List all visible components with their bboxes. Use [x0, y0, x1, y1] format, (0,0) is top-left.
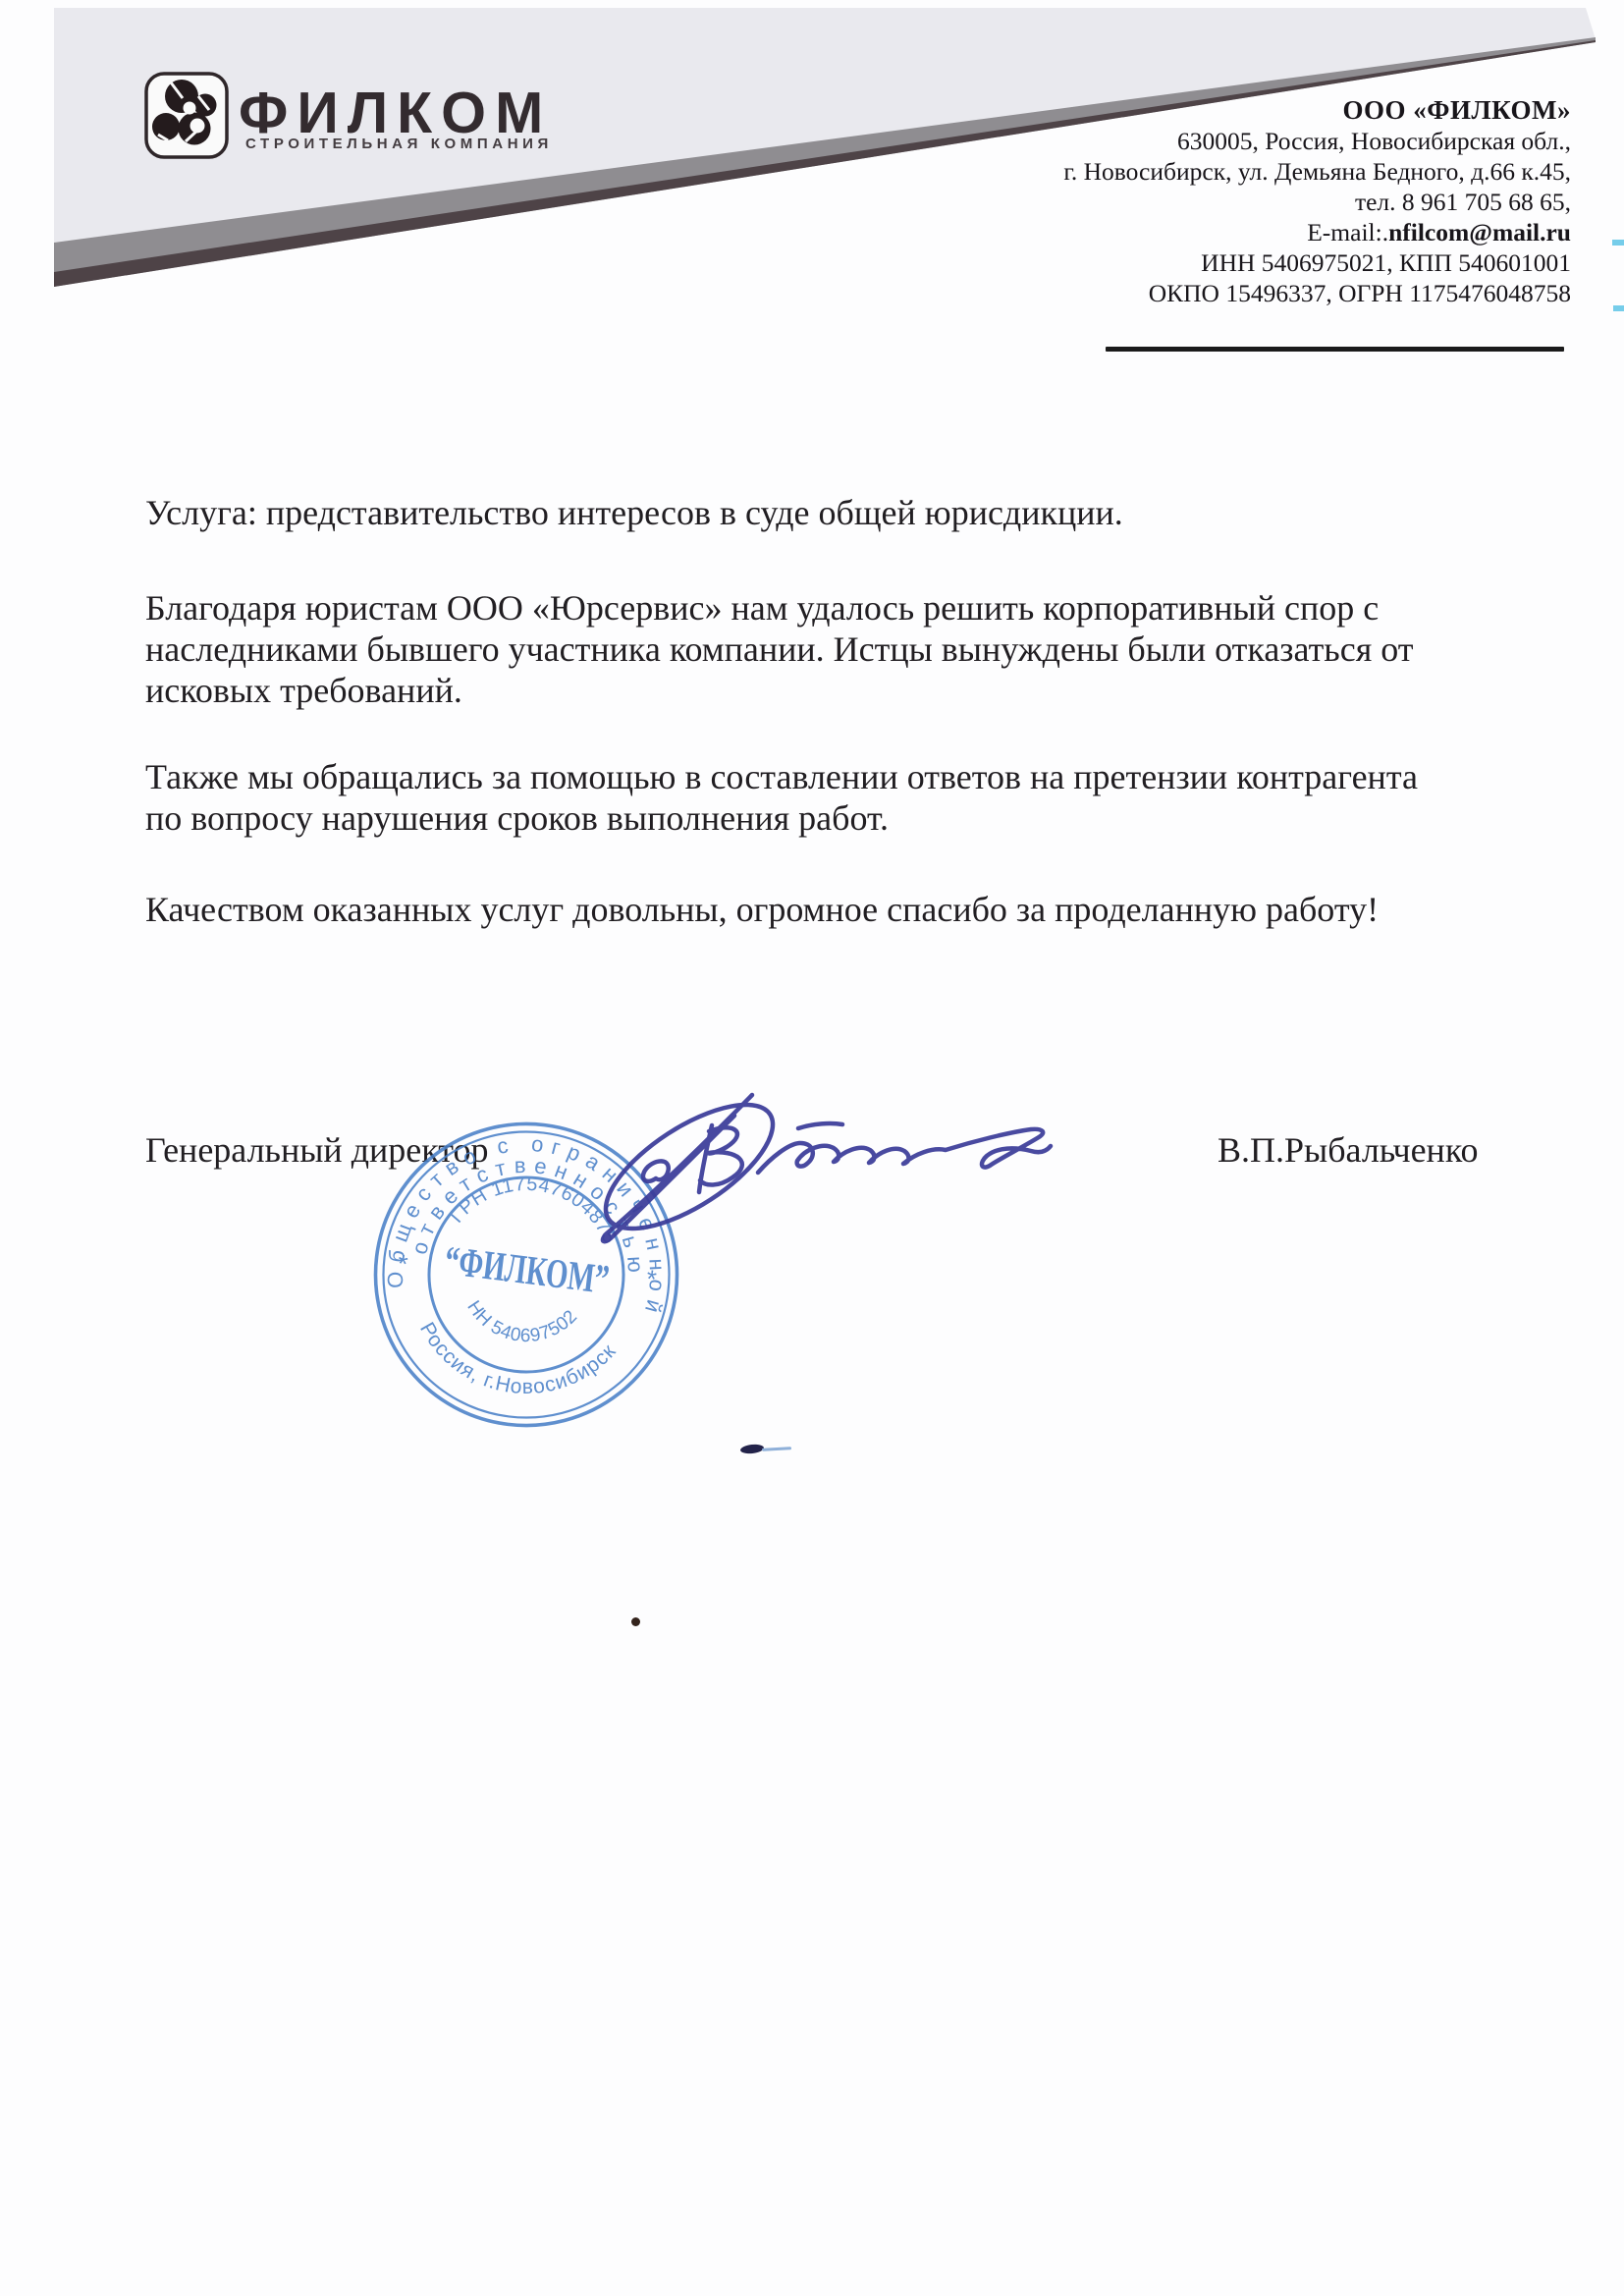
body-line: наследниками бывшего участника компании.… — [145, 629, 1414, 670]
header-divider — [1106, 347, 1564, 352]
logo-tagline: СТРОИТЕЛЬНАЯ КОМПАНИЯ — [245, 137, 553, 151]
scan-artifact-dash — [1612, 240, 1624, 246]
body-line: Услуга: представительство интересов в су… — [145, 492, 1123, 533]
filcom-logo-icon — [144, 72, 231, 162]
body-line: по вопросу нарушения сроков выполнения р… — [145, 797, 1418, 839]
email-address: nfilcom@mail.ru — [1388, 218, 1571, 246]
company-stamp: Общество с ограниченной ответственностью… — [295, 1021, 834, 1443]
letter-page: ФИЛКОМ СТРОИТЕЛЬНАЯ КОМПАНИЯ ООО «ФИЛКОМ… — [0, 0, 1624, 2296]
paragraph-service: Услуга: представительство интересов в су… — [145, 492, 1123, 533]
company-name: ООО «ФИЛКОМ» — [933, 95, 1571, 126]
logo-brand-text: ФИЛКОМ — [239, 84, 552, 142]
body-line: исковых требований. — [145, 670, 1414, 711]
body-line: Также мы обращались за помощью в составл… — [145, 756, 1418, 797]
scan-artifact-dash — [1613, 305, 1624, 311]
stamp-company-name: “ФИЛКОМ” — [442, 1238, 611, 1303]
body-line: Качеством оказанных услуг довольны, огро… — [145, 889, 1379, 930]
scan-speck — [631, 1617, 640, 1626]
paragraph-thanks: Качеством оказанных услуг довольны, огро… — [145, 889, 1379, 930]
company-address-line2: г. Новосибирск, ул. Демьяна Бедного, д.6… — [933, 156, 1571, 187]
signer-name: В.П.Рыбальченко — [1218, 1129, 1478, 1171]
email-label: E-mail:. — [1307, 218, 1388, 246]
company-contact-block: ООО «ФИЛКОМ» 630005, Россия, Новосибирск… — [933, 95, 1571, 308]
company-inn-kpp: ИНН 5406975021, КПП 540601001 — [933, 247, 1571, 278]
body-line: Благодаря юристам ООО «Юрсервис» нам уда… — [145, 587, 1414, 629]
company-phone: тел. 8 961 705 68 65, — [933, 187, 1571, 217]
stamp-and-signature: Общество с ограниченной ответственностью… — [295, 1021, 1100, 1483]
paragraph-dispute: Благодаря юристам ООО «Юрсервис» нам уда… — [145, 587, 1414, 711]
paragraph-claims: Также мы обращались за помощью в составл… — [145, 756, 1418, 839]
signature-ink — [587, 1081, 1051, 1252]
company-email-line: E-mail:.nfilcom@mail.ru — [933, 217, 1571, 247]
company-okpo-ogrn: ОКПО 15496337, ОГРН 1175476048758 — [933, 278, 1571, 308]
company-address-line1: 630005, Россия, Новосибирская обл., — [933, 126, 1571, 156]
